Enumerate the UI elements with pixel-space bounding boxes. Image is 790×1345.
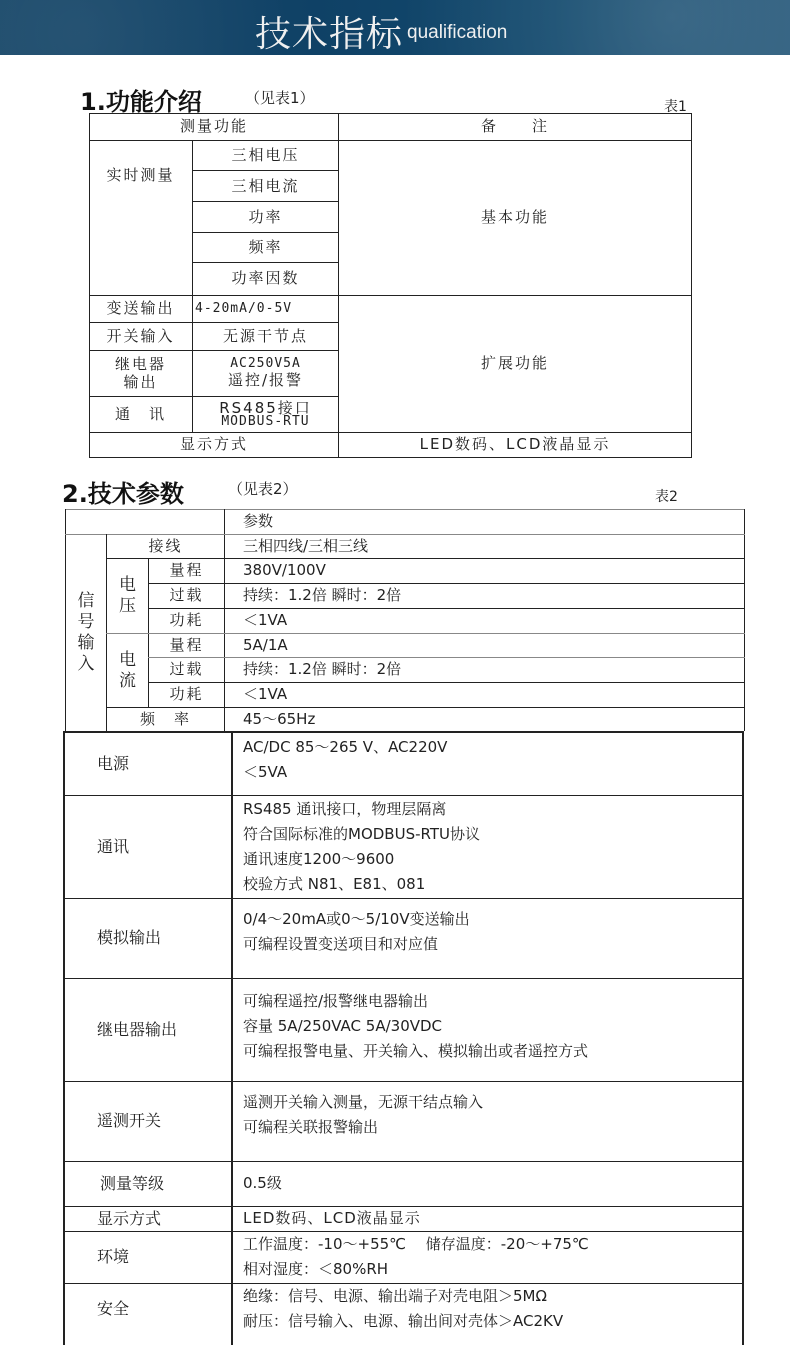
banner-title: 技术指标	[255, 6, 403, 57]
realtime-item: 功率因数	[193, 263, 338, 295]
display-label: 显示方式	[89, 433, 339, 457]
spec-value: 遥测开关输入测量，无源干结点输入 可编程关联报警输出	[233, 1082, 742, 1161]
spec-label: 显示方式	[65, 1207, 231, 1231]
col-header-remark: 备 注	[339, 113, 691, 141]
section1-heading: 1.功能介绍	[80, 82, 202, 117]
label-char: 电	[119, 575, 136, 596]
current-label: 电 流	[107, 634, 148, 707]
label-char: 输	[78, 633, 95, 654]
spec-line: RS485 通讯接口，物理层隔离	[243, 797, 446, 822]
realtime-item: 三相电流	[193, 171, 338, 202]
ext-value: 4-20mA/0-5V	[193, 296, 338, 322]
display-value: LED数码、LCD液晶显示	[339, 433, 691, 457]
spec-label: 电源	[65, 733, 231, 795]
spec-value: LED数码、LCD液晶显示	[233, 1207, 742, 1231]
spec-line: 校验方式 N81、E81、081	[243, 872, 425, 897]
wiring-value: 三相四线/三相三线	[225, 535, 744, 558]
section2-note: （见表2）	[228, 478, 298, 499]
current-key: 过载	[149, 658, 224, 682]
voltage-value: 持续：1.2倍 瞬时：2倍	[225, 584, 744, 608]
spec-line: 0/4～20mA或0～5/10V变送输出	[243, 907, 470, 932]
frequency-value: 45～65Hz	[225, 708, 744, 731]
spec-line: AC/DC 85～265 V、AC220V	[243, 735, 447, 760]
label-line: 输出	[123, 374, 157, 391]
wiring-label: 接线	[107, 535, 224, 558]
col-header-function: 测量功能	[89, 113, 339, 141]
voltage-label: 电 压	[107, 559, 148, 633]
ext-value: 无源干节点	[193, 323, 338, 350]
label-char: 压	[119, 596, 136, 617]
spec-label: 环境	[65, 1232, 231, 1283]
param-header: 参数	[225, 510, 744, 534]
current-value: 持续：1.2倍 瞬时：2倍	[225, 658, 744, 682]
voltage-key: 量程	[149, 559, 224, 583]
voltage-value: 380V/100V	[225, 559, 744, 583]
realtime-item: 三相电压	[193, 141, 338, 171]
value-line: MODBUS-RTU	[221, 415, 309, 429]
spec-value: 0.5级	[233, 1162, 742, 1206]
section2-heading: 2.技术参数	[62, 474, 184, 509]
ext-label: 开关输入	[89, 323, 192, 350]
ext-label: 通 讯	[89, 397, 192, 432]
signal-input-label: 信 号 输 入	[66, 535, 106, 731]
spec-value: 工作温度：-10～+55℃ 储存温度：-20～+75℃ 相对湿度：＜80%RH	[233, 1232, 742, 1283]
spec-line: 相对湿度：＜80%RH	[243, 1257, 388, 1282]
label-char: 信	[78, 591, 95, 612]
realtime-label: 实时测量	[89, 141, 192, 211]
current-value: 5A/1A	[225, 634, 744, 657]
spec-line: 耐压：信号输入、电源、输出间对壳体＞AC2KV	[243, 1309, 563, 1334]
spec-line: 遥测开关输入测量，无源干结点输入	[243, 1090, 483, 1115]
realtime-item: 频率	[193, 233, 338, 263]
spec-label: 模拟输出	[65, 899, 231, 978]
spec-line: 绝缘：信号、电源、输出端子对壳电阻＞5MΩ	[243, 1284, 547, 1309]
value-line: RS485接口	[219, 401, 312, 415]
spec-label: 遥测开关	[65, 1082, 231, 1161]
ext-label: 变送输出	[89, 296, 192, 322]
spec-label: 安全	[65, 1284, 231, 1334]
label-char: 电	[119, 650, 136, 671]
spec-value: RS485 通讯接口，物理层隔离 符合国际标准的MODBUS-RTU协议 通讯速…	[233, 796, 742, 898]
value-line: 遥控/报警	[228, 372, 303, 389]
table2-number: 表2	[655, 486, 678, 506]
voltage-key: 功耗	[149, 609, 224, 633]
spec-line: 可编程遥控/报警继电器输出	[243, 989, 428, 1014]
spec-line: 可编程设置变送项目和对应值	[243, 932, 438, 957]
basic-function-remark: 基本功能	[339, 141, 691, 295]
spec-value: 可编程遥控/报警继电器输出 容量 5A/250VAC 5A/30VDC 可编程报…	[233, 979, 742, 1081]
current-key: 功耗	[149, 683, 224, 707]
spec-label: 测量等级	[65, 1162, 231, 1206]
section1-note: （见表1）	[245, 87, 315, 108]
label-char: 入	[78, 654, 95, 675]
spec-line: 符合国际标准的MODBUS-RTU协议	[243, 822, 480, 847]
current-value: ＜1VA	[225, 683, 744, 707]
spec-line: 工作温度：-10～+55℃ 储存温度：-20～+75℃	[243, 1232, 589, 1257]
label-char: 号	[78, 612, 95, 633]
value-line: AC250V5A	[230, 357, 301, 372]
spec-line: 容量 5A/250VAC 5A/30VDC	[243, 1014, 442, 1039]
spec-value: 0/4～20mA或0～5/10V变送输出 可编程设置变送项目和对应值	[233, 899, 742, 978]
frequency-label: 频 率	[107, 708, 224, 731]
label-char: 流	[119, 671, 136, 692]
spec-line: 可编程关联报警输出	[243, 1115, 378, 1140]
spec-label: 通讯	[65, 796, 231, 898]
ext-label: 继电器 输出	[89, 351, 192, 396]
voltage-key: 过载	[149, 584, 224, 608]
header-banner: 技术指标 qualification	[0, 0, 790, 55]
realtime-item: 功率	[193, 202, 338, 233]
label-line: 继电器	[115, 356, 166, 373]
spec-value: 绝缘：信号、电源、输出端子对壳电阻＞5MΩ 耐压：信号输入、电源、输出间对壳体＞…	[233, 1284, 742, 1345]
spec-label: 继电器输出	[65, 979, 231, 1081]
ext-value: RS485接口 MODBUS-RTU	[193, 397, 338, 432]
ext-value: AC250V5A 遥控/报警	[193, 351, 338, 396]
current-key: 量程	[149, 634, 224, 657]
spec-value: AC/DC 85～265 V、AC220V ＜5VA	[233, 733, 742, 795]
spec-line: ＜5VA	[243, 760, 287, 785]
extended-function-remark: 扩展功能	[339, 296, 691, 432]
spec-line: 通讯速度1200～9600	[243, 847, 394, 872]
voltage-value: ＜1VA	[225, 609, 744, 633]
spec-line: 可编程报警电量、开关输入、模拟输出或者遥控方式	[243, 1039, 588, 1064]
banner-subtitle: qualification	[407, 22, 507, 44]
